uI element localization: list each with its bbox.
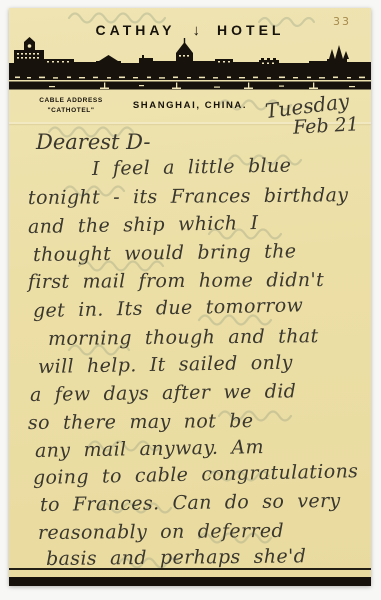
salutation: Dearest D- <box>36 130 150 154</box>
shanghai-bund-skyline-illustration <box>9 37 371 94</box>
handwriting-line: will help. It sailed only <box>38 352 293 378</box>
handwriting-line: to Frances. Can do so very <box>40 490 341 516</box>
paper-bottom-shadow <box>9 577 371 586</box>
handwriting-line: reasonably on deferred <box>38 520 284 544</box>
handwriting-line: going to cable congratulations <box>33 460 359 489</box>
handwriting-line: a few days after we did <box>30 380 297 406</box>
handwriting-line: tonight - its Frances birthday <box>28 184 349 209</box>
handwriting-line: thought would bring the <box>33 240 297 266</box>
scanned-letter-page: { "page_number": "33", "letterhead": { "… <box>0 0 381 600</box>
handwriting-line: I feel a little blue <box>92 155 292 180</box>
hotel-name-left: CATHAY <box>96 22 176 38</box>
handwriting-line: morning though and that <box>48 325 319 350</box>
handwriting-line: get in. Its due tomorrow <box>33 294 304 322</box>
handwriting-line: any mail anyway. Am <box>35 436 264 462</box>
handwriting-line: and the ship which I <box>28 212 259 238</box>
handwritten-date: Feb 21 <box>292 113 359 138</box>
hotel-name-right: HOTEL <box>217 22 284 38</box>
handwriting-line: first mail from home didn't <box>28 269 324 293</box>
paper-bottom-rule <box>9 568 371 570</box>
page-number: 33 <box>333 15 351 28</box>
handwriting-line: basis and perhaps she'd <box>46 545 306 570</box>
letterhead: CATHAY ↓ HOTEL <box>9 21 371 38</box>
handwriting-line: so there may not be <box>28 410 254 434</box>
letter-paper: CATHAY ↓ HOTEL <box>9 8 371 586</box>
